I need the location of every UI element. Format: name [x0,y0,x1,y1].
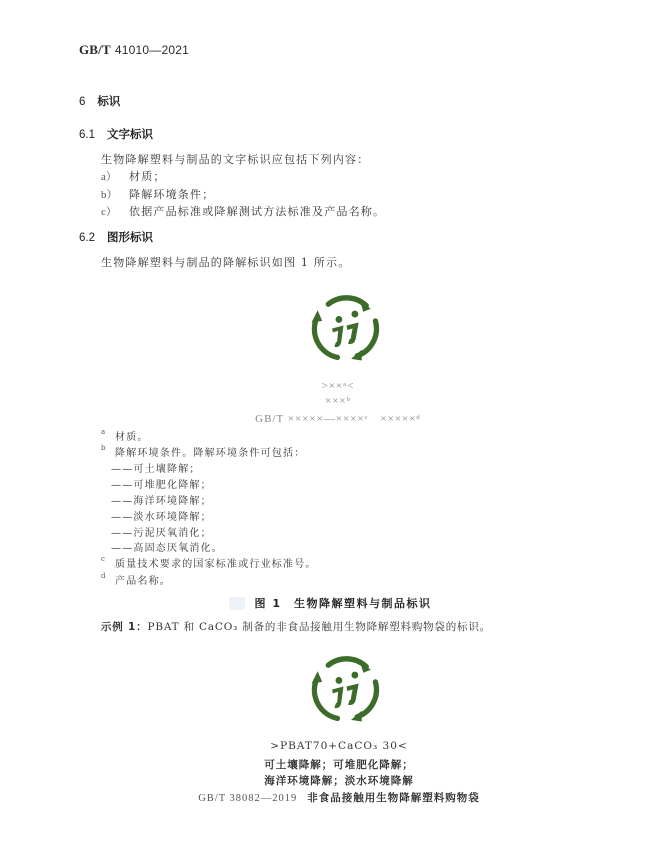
example-label: 示例 1： [101,621,147,633]
example-condition-line-2: 海洋环境降解；淡水环境降解 [14,773,650,788]
example-description: PBAT 和 CaCO₃ 制备的非食品接触用生物降解塑料购物袋的标识。 [147,621,490,633]
figure-caption: 图 1 生物降解塑料与制品标识 [18,595,650,611]
figure-note-dash: ——可堆肥化降解； [101,476,212,491]
note-text: ——高固态厌氧消化。 [111,543,223,554]
figure-note-dash: ——污泥厌氧消化； [101,524,212,539]
note-superscript: c [101,555,115,563]
list-marker: c） [101,203,129,219]
biodegradable-recycle-jj-icon [307,650,383,726]
biodegradable-recycle-jj-icon [307,289,383,365]
section-6-1-heading: 6.1文字标识 [79,126,153,142]
note-superscript: a [101,428,115,436]
list-item: c）依据产品标准或降解测试方法标准及产品名称。 [101,203,385,219]
section-title: 文字标识 [107,127,153,141]
list-text: 材质； [129,170,166,183]
example-1-text: 示例 1：PBAT 和 CaCO₃ 制备的非食品接触用生物降解塑料购物袋的标识。 [101,619,491,634]
section-title: 标识 [97,94,120,108]
section-6-2-heading: 6.2图形标识 [79,229,153,245]
list-marker: a） [101,168,129,184]
note-text: 质量技术要求的国家标准或行业标准号。 [115,559,317,570]
example-standard-line: GB/T 38082—2019非食品接触用生物降解塑料购物袋 [14,790,650,805]
note-text: ——可土壤降解； [111,464,201,475]
note-text: ——污泥厌氧消化； [111,528,212,539]
example-condition-line-1: 可土壤降解；可堆肥化降解； [14,757,650,772]
list-text: 依据产品标准或降解测试方法标准及产品名称。 [129,205,385,218]
figure-note-dash: ——海洋环境降解； [101,492,212,507]
mark-line-condition: ×××ᵇ [13,395,650,407]
figure-note: d产品名称。 [101,572,171,587]
section-6-1-intro: 生物降解塑料与制品的文字标识应包括下列内容： [101,151,369,167]
list-item: a）材质； [101,168,166,184]
figure-note: b降解环境条件。降解环境条件可包括： [101,444,305,459]
section-6-heading: 6标识 [79,93,120,109]
list-text: 降解环境条件； [129,188,214,201]
note-text: 产品名称。 [115,576,171,587]
mark-line-standard: GB/T ×××××—××××ᶜ ×××××ᵈ [13,410,650,426]
note-text: 材质。 [115,432,149,443]
section-number: 6.1 [79,129,95,141]
note-text: ——可堆肥化降解； [111,480,212,491]
note-superscript: d [101,572,115,580]
mark-line-material: >××ᵃ< [13,380,650,392]
note-text: ——淡水环境降解； [111,512,212,523]
note-text: ——海洋环境降解； [111,496,212,507]
note-superscript: b [101,444,115,452]
figure-note-dash: ——高固态厌氧消化。 [101,539,223,554]
figure-note: c质量技术要求的国家标准或行业标准号。 [101,555,317,570]
list-marker: b） [101,186,129,202]
section-number: 6 [79,96,85,108]
section-title: 图形标识 [107,230,153,244]
list-item: b）降解环境条件； [101,186,214,202]
example-material-line: >PBAT70+CaCO₃ 30< [14,740,650,752]
example-standard-code: GB/T 38082—2019 [198,793,297,804]
section-number: 6.2 [79,232,95,244]
standard-number: 41010—2021 [115,43,189,57]
example-product-name: 非食品接触用生物降解塑料购物袋 [307,792,480,804]
document-header: GB/T41010—2021 [79,42,189,58]
figure-note-dash: ——淡水环境降解； [101,508,212,523]
figure-note: a材质。 [101,428,149,443]
standard-prefix: GB/T [79,42,111,57]
section-6-2-intro: 生物降解塑料与制品的降解标识如图 1 所示。 [101,254,350,270]
figure-note-dash: ——可土壤降解； [101,460,201,475]
note-text: 降解环境条件。降解环境条件可包括： [115,448,305,459]
